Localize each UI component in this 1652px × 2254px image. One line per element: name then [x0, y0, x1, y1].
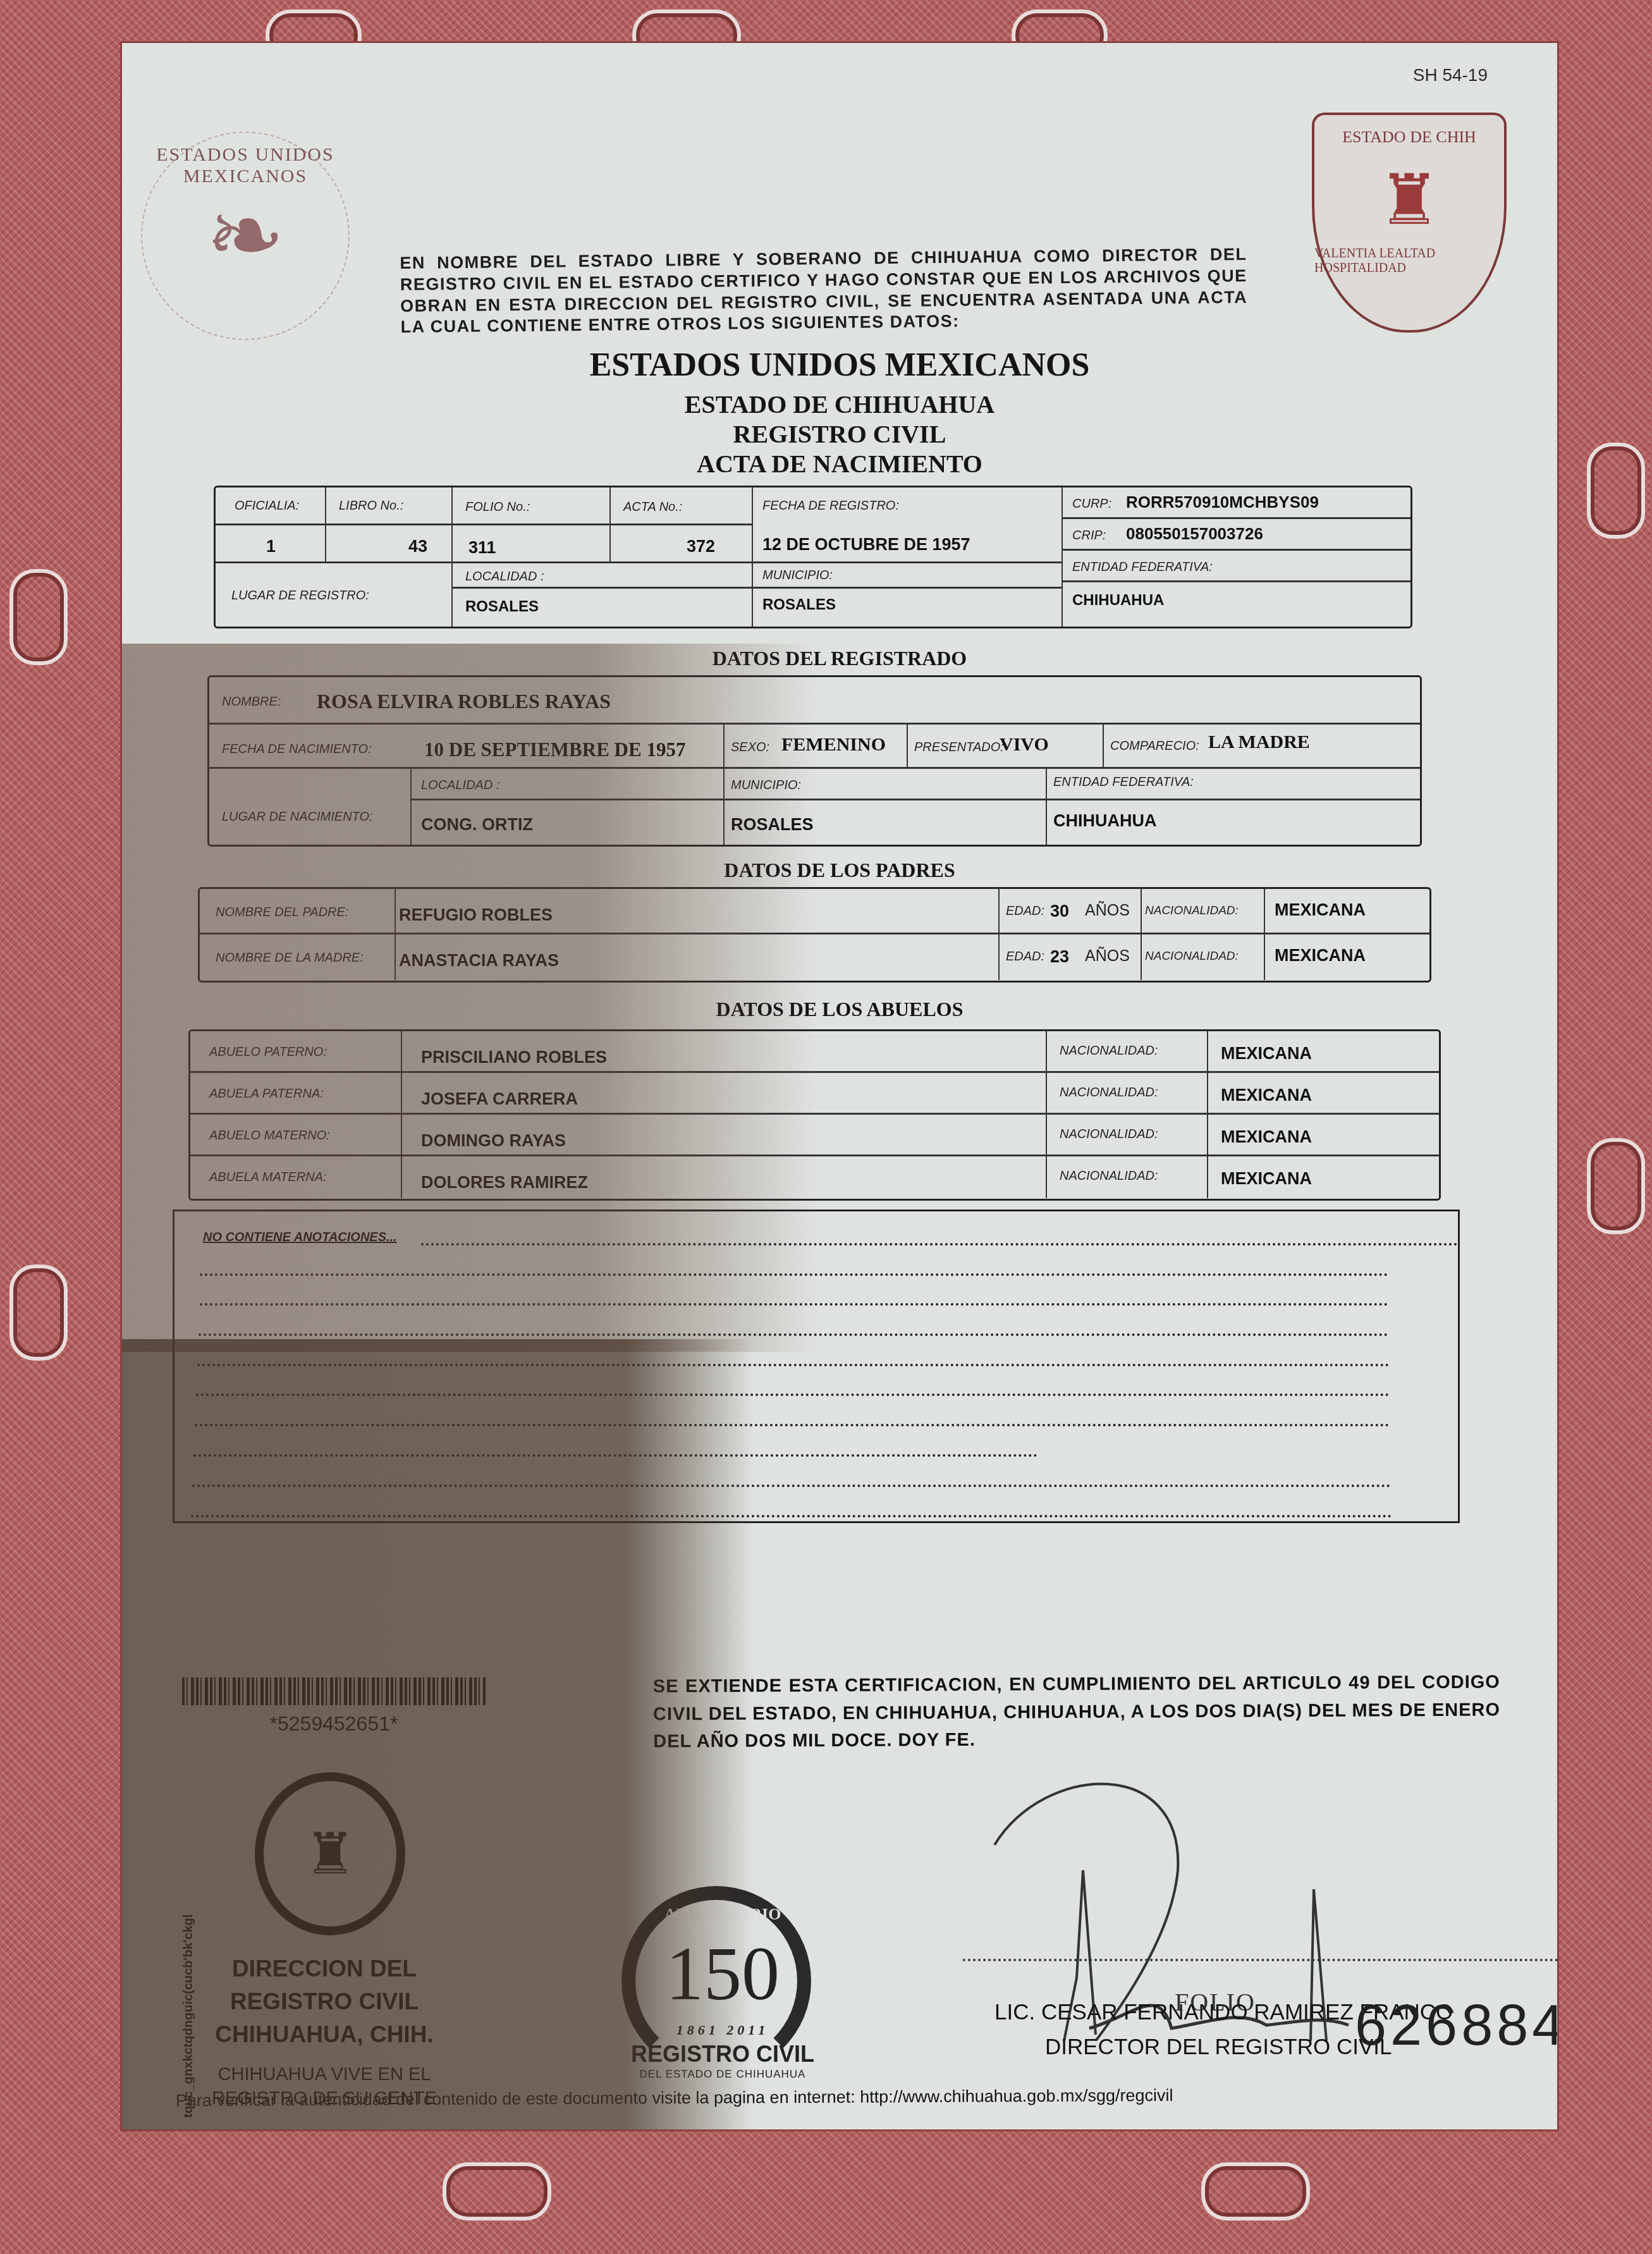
border-ornament	[1587, 443, 1645, 539]
country-title: ESTADOS UNIDOS MEXICANOS	[122, 346, 1557, 384]
barcode-number: *5259452651*	[182, 1712, 486, 1736]
abuelo-label: ABUELO MATERNO:	[209, 1129, 330, 1143]
crip-label: CRIP:	[1072, 529, 1106, 543]
anniversary-logo: ANIVERSARIO 150 1861 2011 REGISTRO CIVIL…	[615, 1880, 830, 2088]
localidad-value: ROSALES	[465, 598, 539, 616]
nombre-value: ROSA ELVIRA ROBLES RAYAS	[317, 690, 611, 713]
certification-paragraph: SE EXTIENDE ESTA CERTIFICACION, EN CUMPL…	[653, 1669, 1501, 1756]
municipio-nac-label: MUNICIPIO:	[731, 778, 801, 793]
birth-certificate-page: SH 54-19 ESTADOS UNIDOS MEXICANOS ❧ ESTA…	[120, 41, 1559, 2131]
acta-label: ACTA No.:	[623, 500, 682, 515]
entidad-nac-label: ENTIDAD FEDERATIVA:	[1053, 775, 1194, 790]
registro-civil-seal-icon: ♜	[255, 1772, 405, 1935]
padre-name: ANASTACIA RAYAS	[399, 951, 559, 971]
nacionalidad-label: NACIONALIDAD:	[1145, 950, 1239, 964]
anotaciones-text: NO CONTIENE ANOTACIONES...	[203, 1230, 397, 1245]
direccion-name: DIRECCION DEL REGISTRO CIVIL CHIHUAHUA, …	[160, 1952, 489, 2050]
entidad-nac-value: CHIHUAHUA	[1053, 811, 1157, 831]
anniversary-sub: DEL ESTADO DE CHIHUAHUA	[615, 2068, 830, 2081]
nacionalidad-label: NACIONALIDAD:	[1145, 904, 1239, 918]
border-ornament	[9, 569, 68, 665]
entidad-label: ENTIDAD FEDERATIVA:	[1072, 560, 1213, 575]
municipio-value: ROSALES	[762, 596, 836, 614]
padre-label: NOMBRE DE LA MADRE:	[216, 951, 364, 965]
intro-paragraph: EN NOMBRE DEL ESTADO LIBRE Y SOBERANO DE…	[400, 244, 1247, 338]
padre-name: REFUGIO ROBLES	[399, 905, 553, 925]
registration-table: OFICIALIA: LIBRO No.: FOLIO No.: ACTA No…	[214, 486, 1412, 628]
sexo-label: SEXO:	[731, 740, 769, 755]
office-title: REGISTRO CIVIL	[122, 419, 1557, 449]
abuelos-section-title: DATOS DE LOS ABUELOS	[122, 998, 1557, 1021]
sexo-value: FEMENINO	[781, 734, 886, 756]
curp-label: CURP:	[1072, 497, 1111, 511]
folio-value: 311	[468, 538, 496, 558]
anos-label: AÑOS	[1085, 902, 1130, 920]
barcode	[182, 1677, 486, 1705]
nacionalidad-label: NACIONALIDAD:	[1060, 1044, 1158, 1058]
municipio-label: MUNICIPIO:	[762, 568, 833, 583]
nacionalidad-label: NACIONALIDAD:	[1060, 1169, 1158, 1184]
comparecio-value: LA MADRE	[1208, 732, 1310, 753]
abuelo-name: PRISCILIANO ROBLES	[421, 1048, 607, 1067]
registrado-section-title: DATOS DEL REGISTRADO	[122, 647, 1557, 670]
nacionalidad-value: MEXICANA	[1275, 900, 1366, 920]
folio-label: FOLIO No.:	[465, 500, 530, 515]
abuelo-name: DOLORES RAMIREZ	[421, 1173, 588, 1192]
anniversary-name: REGISTRO CIVIL	[615, 2041, 830, 2067]
anniversary-years: 1861 2011	[615, 2022, 830, 2038]
localidad-nac-value: CONG. ORTIZ	[421, 815, 533, 835]
border-ornament	[9, 1265, 68, 1361]
fecha-nacimiento-value: 10 DE SEPTIEMBRE DE 1957	[424, 738, 685, 761]
abuelo-name: DOMINGO RAYAS	[421, 1131, 566, 1151]
libro-label: LIBRO No.:	[339, 499, 403, 513]
lugar-nacimiento-label: LUGAR DE NACIMIENTO:	[222, 810, 373, 824]
nacionalidad-value: MEXICANA	[1221, 1127, 1312, 1147]
state-seal-top: ESTADO DE CHIH	[1342, 128, 1476, 147]
document-title: ACTA DE NACIMIENTO	[122, 449, 1557, 479]
abuelo-label: ABUELO PATERNO:	[209, 1045, 327, 1060]
lugar-registro-label: LUGAR DE REGISTRO:	[231, 589, 369, 603]
localidad-nac-label: LOCALIDAD :	[421, 778, 499, 793]
folio-number: 6268840	[1355, 1994, 1559, 2059]
border-ornament	[1201, 2162, 1310, 2220]
national-seal-legend: ESTADOS UNIDOS MEXICANOS	[141, 144, 350, 187]
edad-value: 23	[1050, 947, 1069, 967]
curp-value: RORR570910MCHBYS09	[1126, 493, 1319, 512]
edad-label: EDAD:	[1006, 950, 1044, 964]
anotaciones-box: NO CONTIENE ANOTACIONES...	[173, 1210, 1460, 1523]
padre-label: NOMBRE DEL PADRE:	[216, 905, 348, 920]
border-ornament	[1587, 1138, 1645, 1234]
fecha-registro-value: 12 DE OCTUBRE DE 1957	[762, 535, 970, 554]
abuelo-label: ABUELA PATERNA:	[209, 1087, 324, 1101]
border-ornament	[443, 2162, 551, 2220]
nacionalidad-value: MEXICANA	[1221, 1086, 1312, 1105]
oficialia-value: 1	[266, 537, 276, 556]
nombre-label: NOMBRE:	[222, 695, 281, 709]
form-code: SH 54-19	[1413, 65, 1488, 85]
signer-title: DIRECTOR DEL REGISTRO CIVIL	[1045, 2035, 1392, 2060]
entidad-value: CHIHUAHUA	[1072, 592, 1164, 609]
nacionalidad-value: MEXICANA	[1221, 1169, 1312, 1189]
registrado-table: NOMBRE: ROSA ELVIRA ROBLES RAYAS FECHA D…	[207, 675, 1422, 847]
nacionalidad-value: MEXICANA	[1275, 946, 1366, 965]
libro-value: 43	[408, 537, 427, 556]
presentado-label: PRESENTADO:	[914, 740, 1004, 755]
localidad-label: LOCALIDAD :	[465, 570, 544, 584]
oficialia-label: OFICIALIA:	[235, 499, 299, 513]
abuelos-table: ABUELO PATERNO: PRISCILIANO ROBLES NACIO…	[188, 1029, 1441, 1201]
padres-section-title: DATOS DE LOS PADRES	[122, 859, 1557, 882]
anniversary-number: 150	[615, 1930, 830, 2018]
state-shield-icon: ♜	[1378, 159, 1441, 240]
edad-value: 30	[1050, 902, 1069, 921]
fecha-registro-label: FECHA DE REGISTRO:	[762, 499, 899, 513]
signature-line	[963, 1959, 1559, 1961]
crip-value: 080550157003726	[1126, 524, 1263, 544]
edad-label: EDAD:	[1006, 904, 1044, 919]
abuelo-name: JOSEFA CARRERA	[421, 1089, 578, 1109]
anniversary-arc-text: ANIVERSARIO	[615, 1905, 830, 1924]
state-title: ESTADO DE CHIHUAHUA	[122, 389, 1557, 419]
acta-value: 372	[687, 537, 715, 556]
nacionalidad-label: NACIONALIDAD:	[1060, 1127, 1158, 1142]
nacionalidad-value: MEXICANA	[1221, 1044, 1312, 1063]
fecha-nacimiento-label: FECHA DE NACIMIENTO:	[222, 742, 372, 757]
padres-table: NOMBRE DEL PADRE: REFUGIO ROBLES EDAD: 3…	[198, 887, 1431, 983]
comparecio-label: COMPARECIO:	[1110, 739, 1199, 754]
presentado-value: VIVO	[1000, 734, 1049, 756]
state-seal: ESTADO DE CHIH ♜ VALENTIA LEALTAD HOSPIT…	[1312, 113, 1507, 333]
anos-label: AÑOS	[1085, 947, 1130, 965]
municipio-nac-value: ROSALES	[731, 815, 814, 835]
national-seal: ESTADOS UNIDOS MEXICANOS ❧	[141, 132, 350, 340]
abuelo-label: ABUELA MATERNA:	[209, 1170, 327, 1185]
nacionalidad-label: NACIONALIDAD:	[1060, 1086, 1158, 1100]
vertical-security-code: tquc_gnxkctqdnguic(cucb'bk'ckgl	[181, 1878, 196, 2118]
state-seal-motto: VALENTIA LEALTAD HOSPITALIDAD	[1314, 247, 1504, 276]
